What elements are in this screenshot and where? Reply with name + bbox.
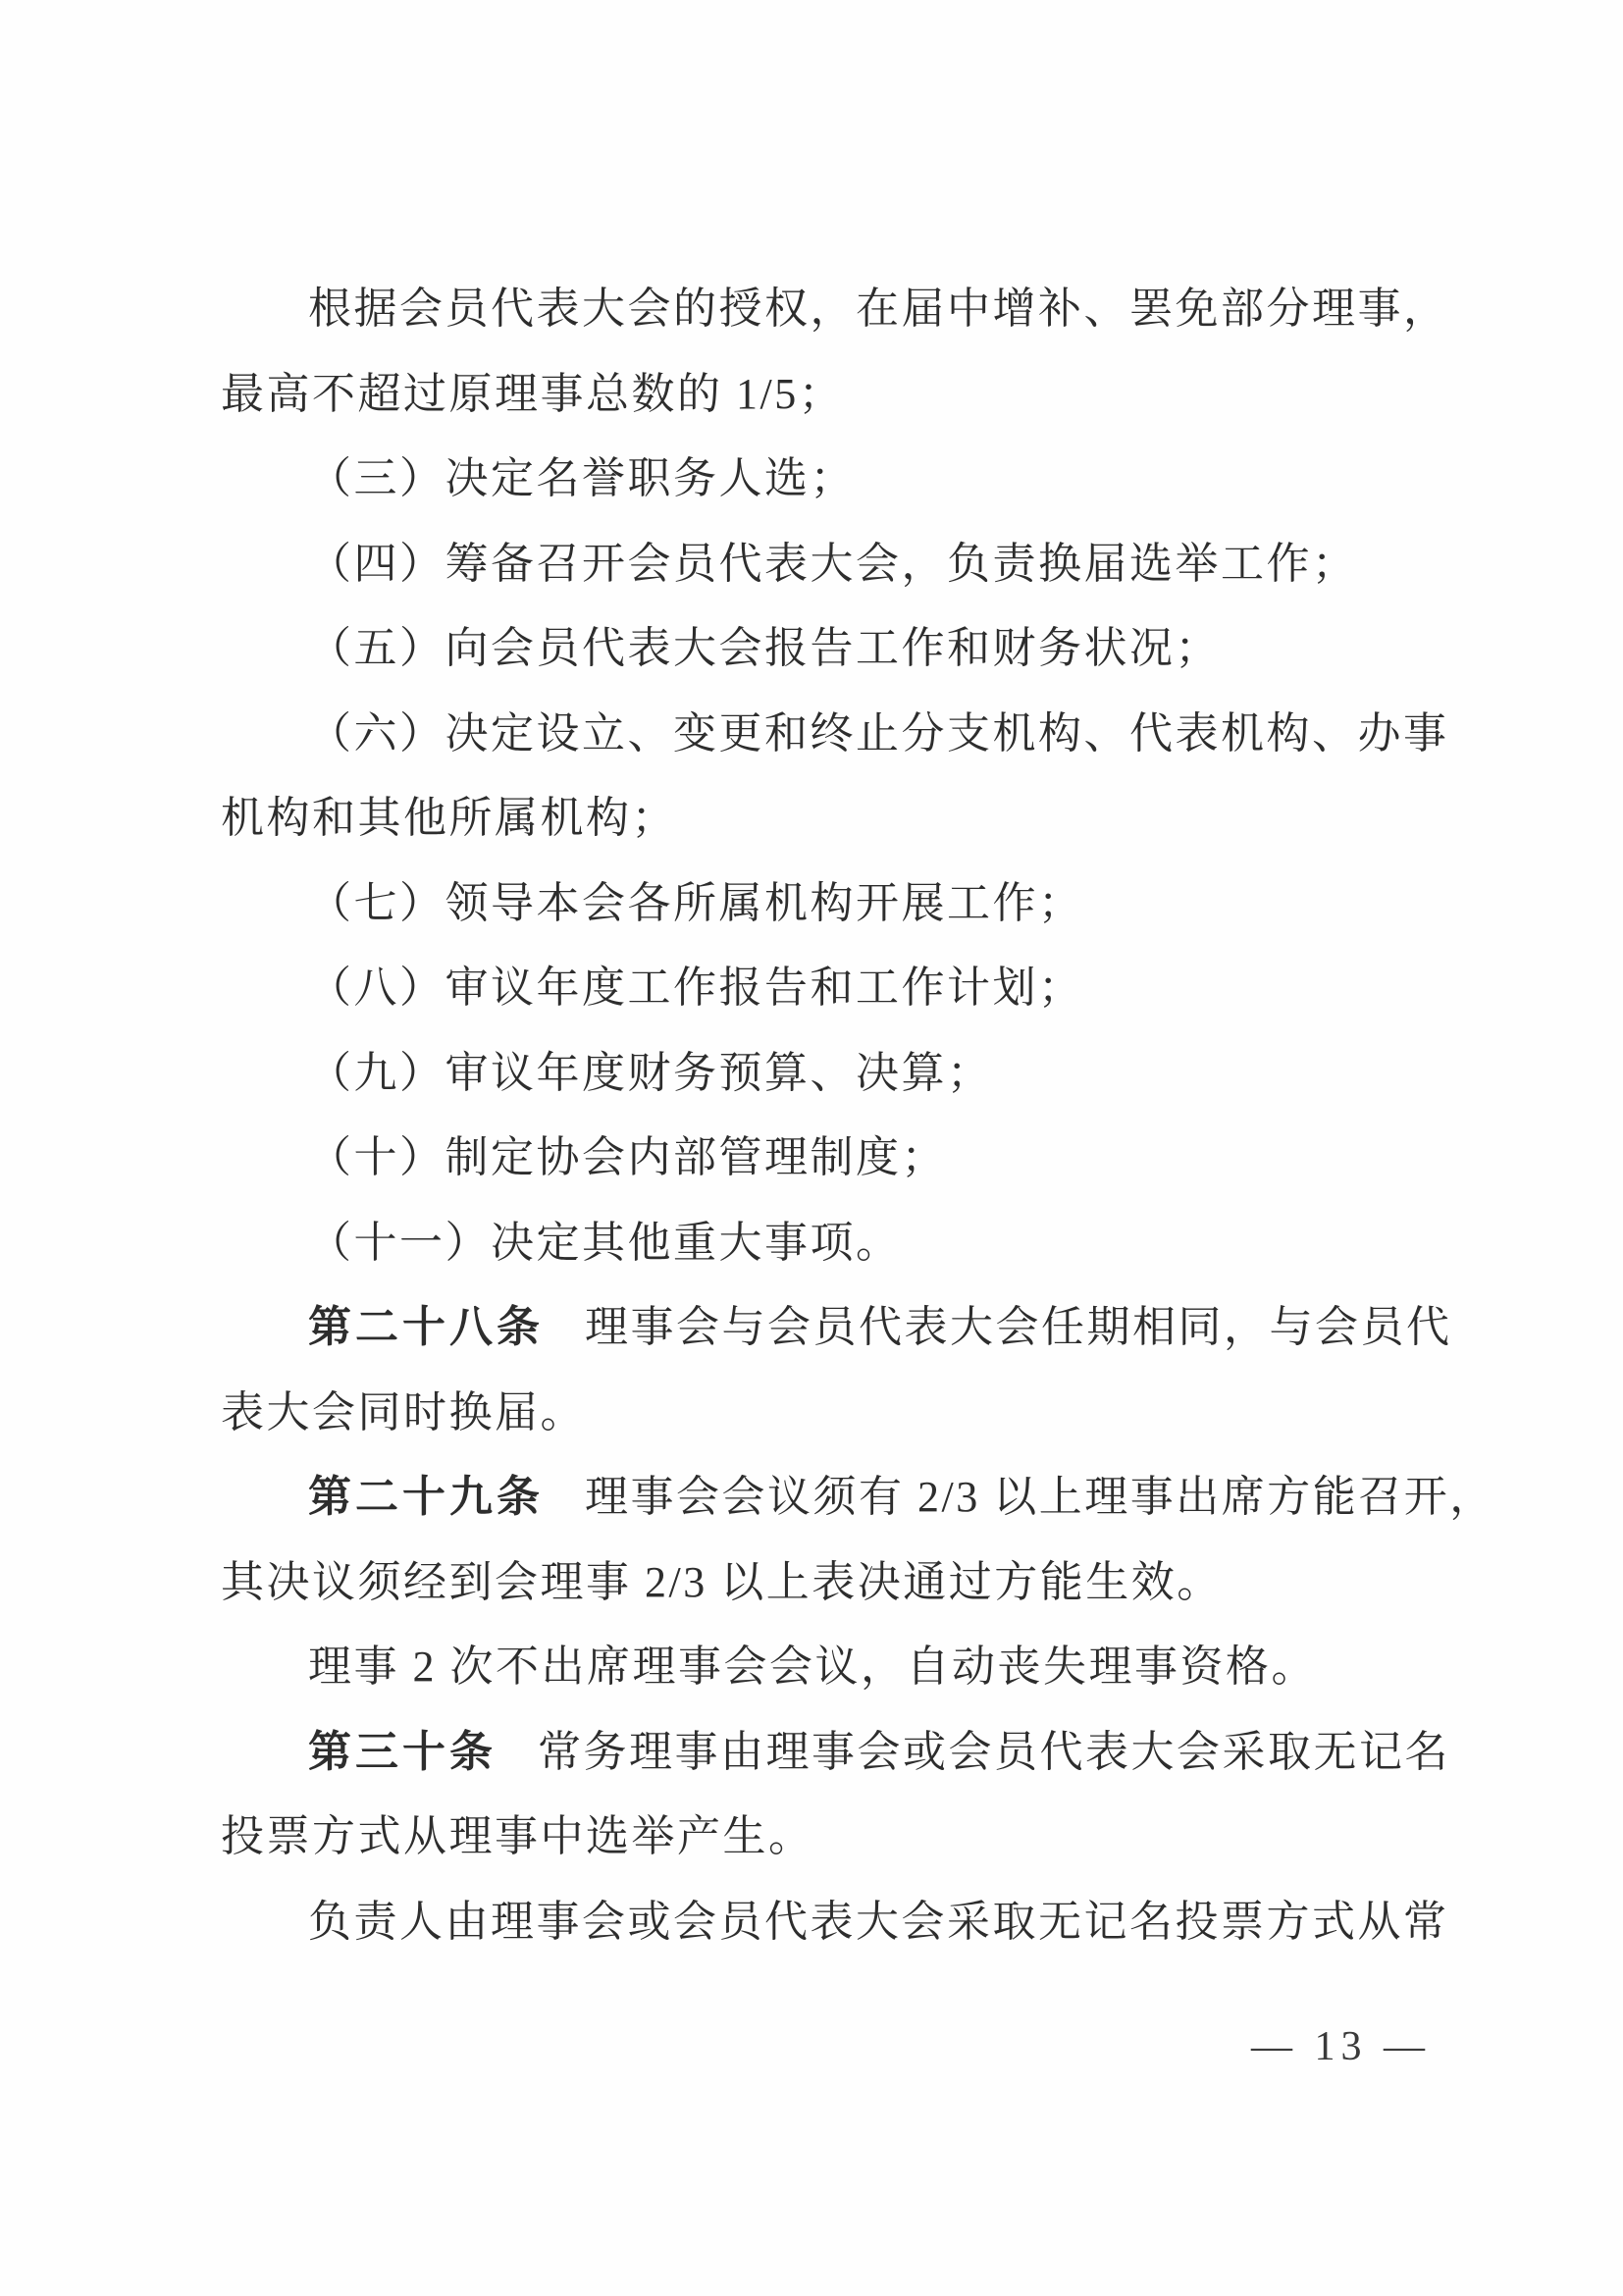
text-line: 负责人由理事会或会员代表大会采取无记名投票方式从常 <box>221 1880 1526 1965</box>
text-line: （九）审议年度财务预算、决算； <box>221 1031 1526 1117</box>
text-line: 机构和其他所属机构； <box>221 776 1526 861</box>
text-line: 第二十九条理事会会议须有 2/3 以上理事出席方能召开， <box>221 1455 1526 1540</box>
text-line: （三）决定名誉职务人选； <box>221 437 1526 522</box>
line-text: 机构和其他所属机构； <box>221 794 677 842</box>
line-text: （八）审议年度工作报告和工作计划； <box>308 964 1084 1012</box>
line-text: （十）制定协会内部管理制度； <box>308 1133 947 1181</box>
text-line: 第二十八条理事会与会员代表大会任期相同，与会员代 <box>221 1285 1526 1371</box>
line-text: （十一）决定其他重大事项。 <box>308 1219 902 1267</box>
line-text: 理事会会议须有 2/3 以上理事出席方能召开， <box>585 1473 1495 1521</box>
text-line: 其决议须经到会理事 2/3 以上表决通过方能生效。 <box>221 1540 1526 1626</box>
text-line: 理事 2 次不出席理事会会议，自动丧失理事资格。 <box>221 1625 1526 1710</box>
text-line: 第三十条常务理事由理事会或会员代表大会采取无记名 <box>221 1710 1526 1796</box>
line-text: 常务理事由理事会或会员代表大会采取无记名 <box>538 1728 1450 1776</box>
text-line: （十）制定协会内部管理制度； <box>221 1116 1526 1201</box>
document-body: 根据会员代表大会的授权，在届中增补、罢免部分理事，最高不超过原理事总数的 1/5… <box>221 267 1526 1964</box>
line-text: 最高不超过原理事总数的 1/5； <box>221 370 844 418</box>
line-text: （六）决定设立、变更和终止分支机构、代表机构、办事 <box>308 709 1449 757</box>
line-text: 投票方式从理事中选举产生。 <box>221 1812 814 1860</box>
line-text: 表大会同时换届。 <box>221 1388 586 1436</box>
text-line: （七）领导本会各所属机构开展工作； <box>221 861 1526 947</box>
text-line: （五）向会员代表大会报告工作和财务状况； <box>221 606 1526 692</box>
line-text: 根据会员代表大会的授权，在届中增补、罢免部分理事， <box>308 285 1449 333</box>
line-text: （九）审议年度财务预算、决算； <box>308 1049 993 1097</box>
line-text: 其决议须经到会理事 2/3 以上表决通过方能生效。 <box>221 1558 1223 1606</box>
text-line: 投票方式从理事中选举产生。 <box>221 1795 1526 1880</box>
line-text: （三）决定名誉职务人选； <box>308 454 856 502</box>
page-number: — 13 — <box>1251 2023 1431 2070</box>
article-number: 第二十八条 <box>308 1303 544 1351</box>
line-text: 理事 2 次不出席理事会会议，自动丧失理事资格。 <box>308 1643 1317 1691</box>
text-line: （八）审议年度工作报告和工作计划； <box>221 946 1526 1031</box>
article-number: 第二十九条 <box>308 1473 544 1521</box>
document-page: 根据会员代表大会的授权，在届中增补、罢免部分理事，最高不超过原理事总数的 1/5… <box>0 0 1623 2296</box>
text-line: 表大会同时换届。 <box>221 1371 1526 1456</box>
text-line: 最高不超过原理事总数的 1/5； <box>221 352 1526 438</box>
text-line: 根据会员代表大会的授权，在届中增补、罢免部分理事， <box>221 267 1526 352</box>
article-number: 第三十条 <box>308 1728 497 1776</box>
text-line: （十一）决定其他重大事项。 <box>221 1201 1526 1286</box>
line-text: （五）向会员代表大会报告工作和财务状况； <box>308 624 1221 672</box>
line-text: 负责人由理事会或会员代表大会采取无记名投票方式从常 <box>308 1898 1449 1946</box>
text-line: （四）筹备召开会员代表大会，负责换届选举工作； <box>221 522 1526 607</box>
line-text: （七）领导本会各所属机构开展工作； <box>308 879 1084 927</box>
line-text: （四）筹备召开会员代表大会，负责换届选举工作； <box>308 540 1358 588</box>
text-line: （六）决定设立、变更和终止分支机构、代表机构、办事 <box>221 692 1526 777</box>
line-text: 理事会与会员代表大会任期相同，与会员代 <box>585 1303 1452 1351</box>
